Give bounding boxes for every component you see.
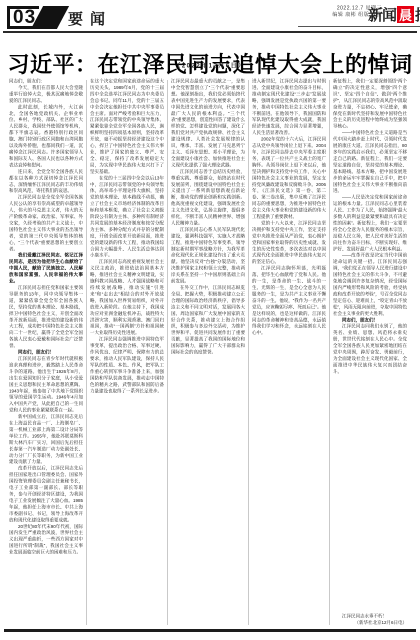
header-rule [3,31,417,33]
paragraph: 江泽民同志同我们永别了，他的英名、业绩、思想、风范将永垂史册，世世代代铭刻在人民… [333,323,407,375]
newspaper-page: 03 要闻 2022.12.7 星期三 编辑 康彬 组版 王莹 新闻 晨 报 习… [0,0,420,640]
column-rule [248,80,249,625]
paragraph: ——改革开放是决定当代中国前途命运的关键一招。江泽民同志强调，“我们党正在领导人… [333,252,407,317]
column-rule [86,80,87,625]
newspaper-masthead-logo: 新闻 晨 报 [368,4,420,25]
date-underline-rule [298,26,420,27]
article-column: 进入新世纪，江泽民同志提出与时俱进、全面建设小康社会的奋斗目标，推动制定现代化建… [252,78,326,626]
paragraph: 新中国成立后，江泽民同志先后在上海益民食品一厂、上海制皂厂、第一机械工业部上海第… [9,414,83,466]
masthead-red-box: 晨 [397,6,414,23]
paragraph: 此时此刻，长城内外，大江南北，全国各地党政机关、企事业单位、乡村、学校、部队、社… [9,104,83,169]
paragraph: 在党的十三届四中全会以后13年中，江泽民同志带领党的中央领导集体，高举邓小平理论… [90,175,164,259]
article-dateline: （2022年12月6日） [0,62,420,74]
paragraph: ——中国特色社会主义道路是当代中国大踏步赶上时代、引领时代发展的康庄大道。江泽民… [333,130,407,195]
article-column: 江泽民同志最重大的贡献之一，是集中全党智慧创立了“三个代表”重要思想。他深刻指出… [171,78,245,626]
section-title: 要闻 [68,8,112,29]
paragraph: 江泽民同志高度重视发展社会主义民主政治，推进依法治国基本方略，推进社会主义精神文… [90,259,164,336]
column-rule [167,80,168,625]
paragraph: 我们爱戴江泽民同志、铭记江泽民同志，是因为他把毕生心血献给了中国人民，献给了民族… [9,252,83,284]
editor-credits: 编辑 康彬 组版 王莹 [232,12,382,19]
article-column: 新征程上，我们一定要深刻领悟“两个确立”的决定性意义，增强“四个意识”、坚定“四… [333,78,407,626]
masthead-text: 报 [415,4,420,25]
paragraph: 2002年党的十六大后，江泽民同志从党中央领导岗位上退下来。2004年，江泽民同… [252,136,326,220]
article-column: 同志们，朋友们：今天，我们在首都人民大会堂隆重举行追悼大会，极其沉痛地悼念敬爱的… [9,78,83,626]
page-number-badge: 03 [7,6,63,29]
column-rule [329,80,330,625]
paragraph: 江泽民同志在青少年时代就积极追求真理和进步，毅然踏上人民革命斗争的道路。他出生于… [9,355,83,413]
paragraph: 江泽民同志善于总结历史经验，尊重实践、尊重群众，始终站在时代发展前列，围绕建设中… [171,168,245,226]
paragraph: 江泽民同志是全党全军全国各族人民公认的享有崇高威望的卓越领导人，伟大的马克思主义… [9,194,83,252]
paragraph: 江泽民同志担任党和国家主要领导职务的13年，同中央领导集体一道，紧紧依靠全党全军… [9,285,83,350]
page-bottom-rule [4,629,416,632]
paragraph: 改革开放以后，江泽民同志先后担任国家进出口管理委员会、国家外国投资管理委员会副主… [9,465,83,523]
paragraph: 连日来，全党全军全国各族人民都在以各种方式深切悼念江泽民同志，深情缅怀江泽民同志… [9,168,83,194]
paragraph: 江泽民同志心系人民军队现代化建设，强调科技强军，实施人才战略工程，推进中国特色军… [171,226,245,284]
paragraph: 新征程上，我们一定要深刻领悟“两个确立”的决定性意义，增强“四个意识”、坚定“四… [333,78,407,130]
paragraph: （新华社北京12月6日电） [333,620,407,626]
paragraph: 在这个决定党和国家前途命运的重大历史关头，1989年6月，党的十三届四中全会选举… [90,78,164,175]
paragraph: 进入新世纪，江泽民同志提出与时俱进、全面建设小康社会的奋斗目标，推动制定现代化建… [252,78,326,136]
paragraph: 在外交工作中，江泽民同志纵览全局、把握大势，积极推动建立公正合理的国际政治经济新… [171,285,245,356]
paragraph: 江泽民同志强调推进中国特色军事变革，提出政治合格、军事过硬、作风优良、纪律严明、… [90,336,164,394]
date-block: 2022.12.7 星期三 编辑 康彬 组版 王莹 [232,5,382,27]
paragraph: ——人民是决定党和国家前途命运的根本力量。江泽民同志心里装着人民、工作为了人民，… [333,194,407,252]
masthead-text: 新闻 [368,4,396,25]
paragraph: 今天，我们在首都人民大会堂隆重举行追悼大会，极其沉痛地悼念敬爱的江泽民同志。 [9,84,83,103]
article-column: 在这个决定党和国家前途命运的重大历史关头，1989年6月，党的十三届四中全会选举… [90,78,164,626]
paragraph: 党的十八大以来，江泽民同志坚决拥护和支持党中央工作，坚定支持党中央推进全面从严治… [252,220,326,265]
paragraph: 江泽民同志最重大的贡献之一，是集中全党智慧创立了“三个代表”重要思想。他深刻指出… [171,78,245,168]
paragraph: 江泽民同志胸怀坦荡，光明磊落，把毕生心血献给了党和人民。他的一生，是革命的一生、… [252,265,326,336]
paragraph: 20世纪80年代末90年代初，国际国内发生严重政治风波，世界社会主义出现严重曲折… [9,523,83,555]
